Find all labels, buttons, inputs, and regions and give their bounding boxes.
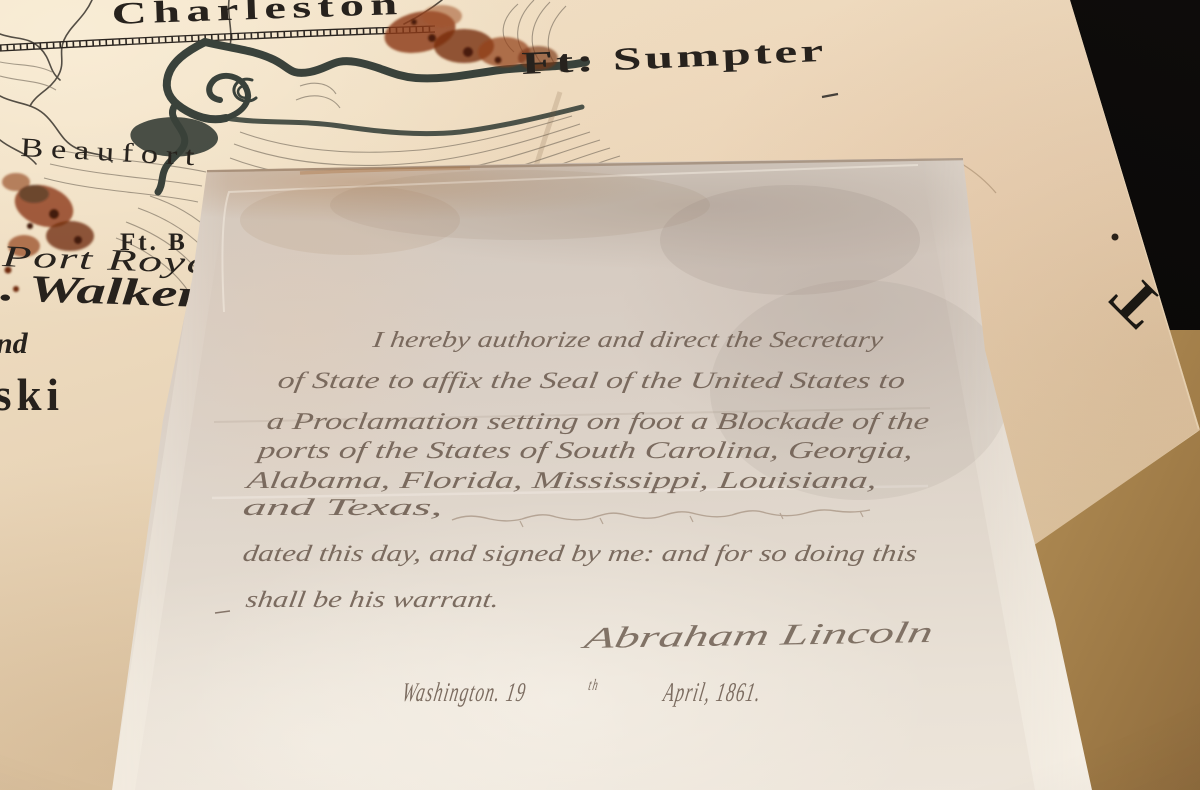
handwriting-line-5: Alabama, Florida, Mississippi, Louisiana… <box>242 468 879 494</box>
dateline-place-day: Washington. 19 <box>400 677 529 707</box>
dateline: Washington. 19 th April, 1861. <box>339 666 816 707</box>
map-label-pulaski-fragment: ski <box>0 370 64 420</box>
handwriting-line-7: dated this day, and signed by me: and fo… <box>241 541 919 567</box>
signature: Abraham Lincoln <box>578 615 936 655</box>
handwriting-line-2: of State to affix the Seal of the United… <box>276 368 907 394</box>
map-label-fort-sumpter: Ft: Sumpter <box>521 32 827 81</box>
photograph: Charleston Ft: Sumpter Beaufort Ft. B Po… <box>0 0 1200 790</box>
handwriting-line-8: shall be his warrant. <box>244 587 501 613</box>
handwriting-line-4: ports of the States of South Carolina, G… <box>253 438 915 464</box>
filler-dash-line <box>452 510 870 527</box>
handwriting-line-6: and Texas, <box>241 495 445 521</box>
map-label-fort-walker: . Walker <box>0 267 203 316</box>
map-label-charleston: Charleston <box>111 0 404 31</box>
dateline-ordinal: th <box>587 677 600 694</box>
handwriting-line-3: a Proclamation setting on foot a Blockad… <box>265 409 931 435</box>
document-handwriting: I hereby authorize and direct the Secret… <box>215 326 936 707</box>
margin-dash <box>215 611 230 613</box>
map-label-island-fragment: nd <box>0 327 29 360</box>
handwriting-line-1: I hereby authorize and direct the Secret… <box>370 326 886 352</box>
map-label-title-letter: T <box>1098 263 1175 340</box>
dateline-rest: April, 1861. <box>656 677 764 707</box>
